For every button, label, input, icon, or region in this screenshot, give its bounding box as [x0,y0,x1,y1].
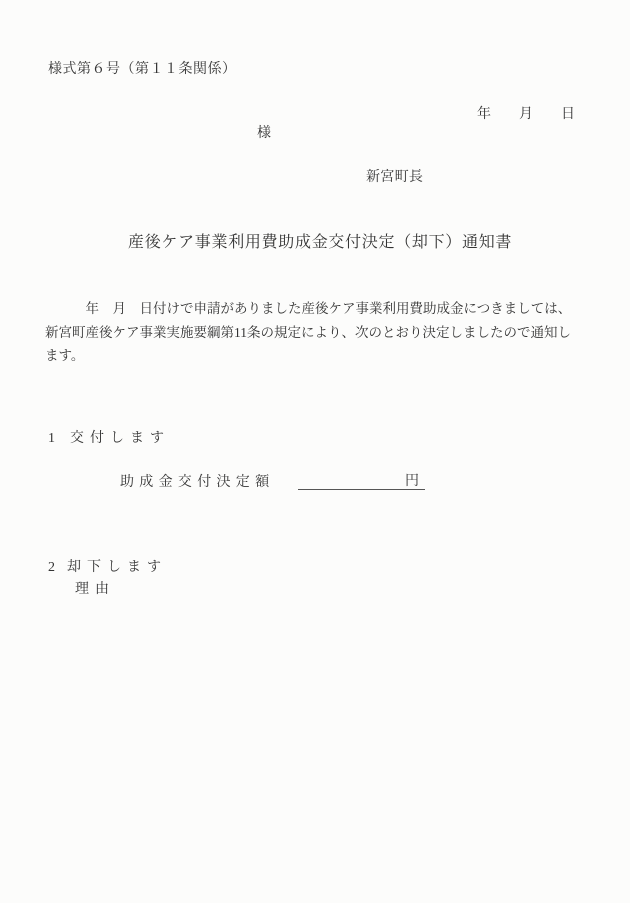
grant-amount-label: 助成金交付決定額 [120,476,274,490]
body-line-2: 新宮町産後ケア事業実施要綱第11条の規定により、次のとおり決定しましたので通知し [45,321,590,345]
grant-amount-unit: 円 [405,474,419,489]
date-line: 年 月 日 [477,108,575,122]
body-line-3: ます。 [45,344,590,368]
sender-mayor-name: 新宮町長 [366,171,423,185]
document-title: 産後ケア事業利用費助成金交付決定（却下）通知書 [128,235,512,251]
body-line-1: 年 月 日付けで申請がありました産後ケア事業利用費助成金につきましては、 [45,297,590,321]
section-reject: 2 却下します [0,561,630,577]
body-paragraph: 年 月 日付けで申請がありました産後ケア事業利用費助成金につきましては、 新宮町… [45,297,590,368]
section-reject-label: 却下します [67,561,167,575]
section-reject-number: 2 [48,561,55,575]
document-page: 様式第６号（第１１条関係） 年 月 日 様 新宮町長 産後ケア事業利用費助成金交… [0,0,630,903]
addressee-honorific: 様 [257,127,271,141]
section-grant-number: 1 [48,432,55,446]
section-grant-label: 交付します [70,432,170,446]
rejection-reason-label: 理由 [75,583,115,597]
grant-amount-blank-field: 円 [298,473,425,490]
form-number: 様式第６号（第１１条関係） [48,63,237,77]
section-grant: 1 交付します [0,432,630,448]
